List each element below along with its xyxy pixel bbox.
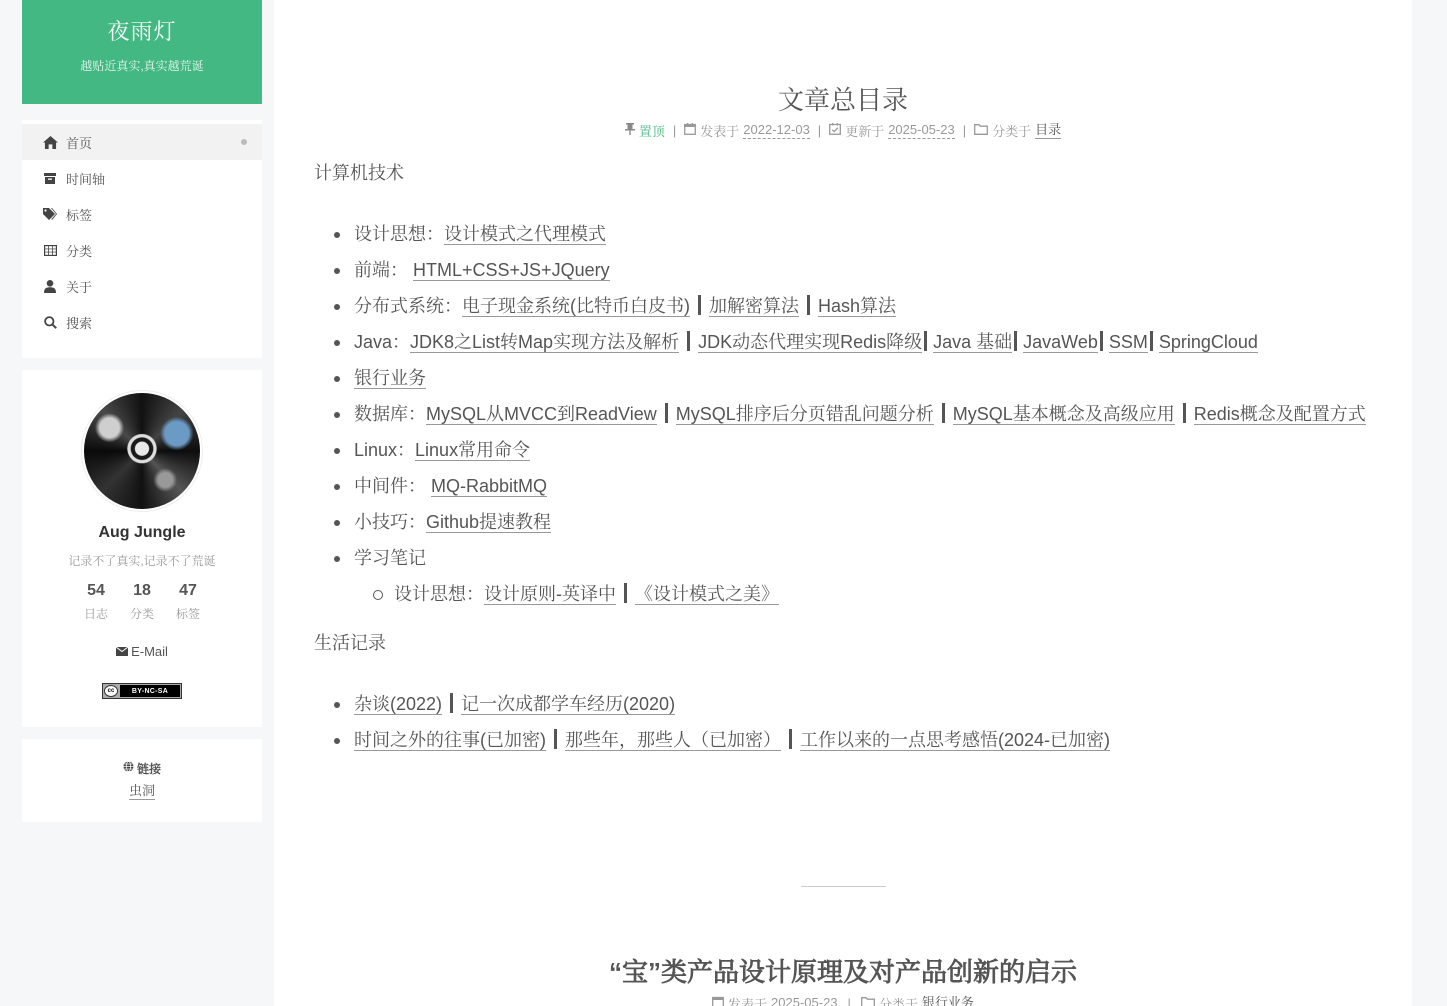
- search-icon: [42, 314, 58, 330]
- item-prefix: 数据库：: [354, 404, 426, 424]
- links-block: 链接 虫洞: [22, 739, 262, 822]
- calendar-check-icon: [829, 123, 841, 138]
- menu-item-label: 关于: [66, 277, 92, 296]
- menu-item-about[interactable]: 关于: [22, 268, 262, 304]
- site-stats: 54 日志 18 分类 47 标签: [22, 581, 262, 622]
- posted-label: 发表于: [700, 121, 739, 140]
- stat-categories[interactable]: 18 分类: [119, 581, 165, 622]
- author-profile: Aug Jungle 记录不了真实,记录不了荒诞 54 日志 18 分类 47 …: [22, 370, 262, 727]
- updated-on: 更新于 2025-05-23: [829, 121, 955, 140]
- post-link[interactable]: Redis概念及配置方式: [1194, 404, 1366, 425]
- item-prefix: 前端：: [354, 260, 413, 280]
- link-separator: [807, 295, 810, 315]
- menu-item-label: 搜索: [66, 313, 92, 332]
- link-separator: [687, 331, 690, 351]
- post-title[interactable]: 文章总目录: [274, 80, 1412, 117]
- category-link[interactable]: 银行业务: [922, 995, 974, 1006]
- item-prefix: 学习笔记: [354, 548, 426, 568]
- meta-separator: |: [818, 123, 821, 138]
- envelope-icon: [116, 644, 128, 659]
- list-item: 学习笔记 设计思想：设计原则-英译中《设计模式之美》: [314, 540, 1379, 612]
- post-category: 分类于 目录: [974, 121, 1061, 140]
- link-wormhole[interactable]: 虫洞: [129, 783, 155, 800]
- cc-license-badge[interactable]: cc BY-NC-SA: [102, 683, 182, 699]
- category-label: 分类于: [879, 994, 918, 1006]
- menu-item-label: 时间轴: [66, 169, 105, 188]
- menu-item-label: 首页: [66, 133, 92, 152]
- post-link[interactable]: 那些年，那些人（已加密）: [565, 730, 781, 751]
- list-item: 小技巧：Github提速教程: [314, 504, 1379, 540]
- link-separator: [1100, 331, 1103, 351]
- link-separator: [450, 693, 453, 713]
- category-label: 分类于: [992, 121, 1031, 140]
- post-link[interactable]: SpringCloud: [1159, 332, 1258, 353]
- menu-item-tags[interactable]: 标签: [22, 196, 262, 232]
- posted-on: 发表于 2022-12-03: [684, 121, 810, 140]
- item-prefix: 小技巧：: [354, 512, 426, 532]
- list-item: 前端： HTML+CSS+JS+JQuery: [314, 252, 1379, 288]
- site-title[interactable]: 夜雨灯: [22, 18, 262, 46]
- link-separator: [789, 729, 792, 749]
- email-label: E-Mail: [131, 644, 168, 659]
- site-brand: 夜雨灯 越贴近真实,真实越荒诞: [22, 0, 262, 104]
- list-item: 杂谈(2022)记一次成都学车经历(2020): [314, 686, 1379, 722]
- post-link[interactable]: 电子现金系统(比特币白皮书): [462, 296, 690, 317]
- list-item: 中间件： MQ-RabbitMQ: [314, 468, 1379, 504]
- post-link[interactable]: 设计原则-英译中: [484, 584, 616, 605]
- post-meta: 置顶 | 发表于 2022-12-03 | 更新于 2025-05-23 | 分…: [274, 121, 1412, 140]
- cc-icon: cc: [104, 685, 118, 697]
- post-link[interactable]: 杂谈(2022): [354, 694, 442, 715]
- link-separator: [924, 331, 927, 351]
- tech-list: 设计思想：设计模式之代理模式 前端： HTML+CSS+JS+JQuery 分布…: [314, 216, 1379, 612]
- email-link[interactable]: E-Mail: [116, 644, 168, 659]
- link-separator: [554, 729, 557, 749]
- posted-date[interactable]: 2025-05-23: [771, 995, 838, 1006]
- list-item: Linux：Linux常用命令: [314, 432, 1379, 468]
- list-item: 分布式系统：电子现金系统(比特币白皮书)加解密算法Hash算法: [314, 288, 1379, 324]
- meta-separator: |: [673, 123, 676, 138]
- posted-date[interactable]: 2022-12-03: [743, 122, 810, 139]
- active-indicator-dot: [241, 139, 247, 145]
- post-link[interactable]: 时间之外的往事(已加密): [354, 730, 546, 751]
- post-link[interactable]: 《设计模式之美》: [635, 584, 779, 605]
- stat-label: 标签: [165, 605, 211, 622]
- category-link[interactable]: 目录: [1035, 122, 1061, 139]
- list-item: 设计思想：设计模式之代理模式: [314, 216, 1379, 252]
- next-post-title[interactable]: “宝”类产品设计原理及对产品创新的启示: [274, 952, 1412, 989]
- right-gutter: [1412, 0, 1447, 1006]
- updated-label: 更新于: [845, 121, 884, 140]
- pinned-indicator: 置顶: [625, 121, 665, 140]
- post-link[interactable]: HTML+CSS+JS+JQuery: [413, 260, 610, 281]
- post-link[interactable]: 设计模式之代理模式: [444, 224, 606, 245]
- study-notes-sublist: 设计思想：设计原则-英译中《设计模式之美》: [354, 576, 1379, 612]
- link-separator: [665, 403, 668, 423]
- post-link[interactable]: JavaWeb: [1023, 332, 1098, 353]
- calendar-icon: [712, 996, 724, 1006]
- post-link[interactable]: Hash算法: [818, 296, 896, 317]
- item-prefix: Java：: [354, 332, 410, 352]
- post-link[interactable]: 银行业务: [354, 368, 426, 389]
- post-link[interactable]: Java 基础: [933, 332, 1012, 353]
- sub-list-item: 设计思想：设计原则-英译中《设计模式之美》: [354, 576, 1379, 612]
- post-link[interactable]: JDK8之List转Map实现方法及解析: [410, 332, 679, 353]
- stat-label: 分类: [119, 605, 165, 622]
- link-separator: [1014, 331, 1017, 351]
- pinned-label: 置顶: [639, 121, 665, 140]
- link-separator: [1150, 331, 1153, 351]
- calendar-icon: [684, 123, 696, 138]
- item-prefix: 设计思想：: [354, 224, 444, 244]
- item-prefix: Linux：: [354, 440, 415, 460]
- list-item: 时间之外的往事(已加密)那些年，那些人（已加密）工作以来的一点思考感悟(2024…: [314, 722, 1379, 758]
- post-link[interactable]: 记一次成都学车经历(2020): [461, 694, 675, 715]
- item-prefix: 分布式系统：: [354, 296, 462, 316]
- post-divider: [801, 886, 886, 887]
- site-subtitle: 越贴近真实,真实越荒诞: [22, 58, 262, 74]
- post-link[interactable]: JDK动态代理实现Redis降级: [698, 332, 922, 353]
- item-prefix: 中间件：: [354, 476, 431, 496]
- post-link[interactable]: MQ-RabbitMQ: [431, 476, 547, 497]
- menu-item-home[interactable]: 首页: [22, 124, 262, 160]
- menu-item-search[interactable]: 搜索: [22, 304, 262, 340]
- globe-icon: [123, 761, 134, 775]
- stat-count: 18: [119, 581, 165, 601]
- author-description: 记录不了真实,记录不了荒诞: [22, 552, 262, 569]
- post-link[interactable]: 加解密算法: [709, 296, 799, 317]
- th-icon: [42, 242, 58, 258]
- post-link[interactable]: MySQL排序后分页错乱问题分析: [676, 404, 934, 425]
- post-link[interactable]: MySQL从MVCC到ReadView: [426, 404, 657, 425]
- home-icon: [42, 134, 58, 150]
- stat-count: 47: [165, 581, 211, 601]
- item-prefix: 设计思想：: [394, 584, 484, 604]
- meta-separator: |: [848, 996, 851, 1006]
- links-title-label: 链接: [137, 760, 161, 777]
- posted-label: 发表于: [728, 994, 767, 1006]
- user-icon: [42, 278, 58, 294]
- menu-item-label: 分类: [66, 241, 92, 260]
- folder-icon: [861, 996, 875, 1006]
- list-item: 银行业务: [314, 360, 1379, 396]
- stat-posts[interactable]: 54 日志: [73, 581, 119, 622]
- meta-separator: |: [963, 123, 966, 138]
- list-item: 数据库：MySQL从MVCC到ReadViewMySQL排序后分页错乱问题分析M…: [314, 396, 1379, 432]
- tags-icon: [42, 206, 58, 222]
- post-link[interactable]: SSM: [1109, 332, 1148, 353]
- main-menu: 首页 时间轴 标签 分类 关于: [22, 120, 262, 358]
- stat-count: 54: [73, 581, 119, 601]
- section-heading-tech: 计算机技术: [314, 160, 1379, 186]
- updated-date[interactable]: 2025-05-23: [888, 122, 955, 139]
- link-separator: [624, 583, 627, 603]
- post-body: 计算机技术 设计思想：设计模式之代理模式 前端： HTML+CSS+JS+JQu…: [314, 160, 1379, 758]
- folder-icon: [974, 123, 988, 138]
- license-label: BY-NC-SA: [120, 685, 180, 697]
- avatar: [81, 390, 203, 512]
- sidebar: 夜雨灯 越贴近真实,真实越荒诞 首页 时间轴 标签 分类: [22, 0, 262, 822]
- stat-tags[interactable]: 47 标签: [165, 581, 211, 622]
- avatar-image: [84, 393, 200, 509]
- thumbtack-icon: [625, 123, 635, 138]
- archive-icon: [42, 170, 58, 186]
- menu-item-label: 标签: [66, 205, 92, 224]
- section-heading-life: 生活记录: [314, 630, 1379, 656]
- author-name: Aug Jungle: [22, 524, 262, 542]
- stat-label: 日志: [73, 605, 119, 622]
- link-separator: [1183, 403, 1186, 423]
- list-item: Java：JDK8之List转Map实现方法及解析JDK动态代理实现Redis降…: [314, 324, 1379, 360]
- menu-item-categories[interactable]: 分类: [22, 232, 262, 268]
- life-list: 杂谈(2022)记一次成都学车经历(2020) 时间之外的往事(已加密)那些年，…: [314, 686, 1379, 758]
- post-link[interactable]: Github提速教程: [426, 512, 551, 533]
- next-post-meta: 发表于 2025-05-23 | 分类于 银行业务: [274, 994, 1412, 1006]
- link-separator: [698, 295, 701, 315]
- link-separator: [942, 403, 945, 423]
- post-link[interactable]: 工作以来的一点思考感悟(2024-已加密): [800, 730, 1110, 751]
- post-link[interactable]: MySQL基本概念及高级应用: [953, 404, 1175, 425]
- post-link[interactable]: Linux常用命令: [415, 440, 530, 461]
- menu-item-timeline[interactable]: 时间轴: [22, 160, 262, 196]
- links-title: 链接: [123, 760, 161, 777]
- main-content: 文章总目录 置顶 | 发表于 2022-12-03 | 更新于 2025-05-…: [274, 0, 1412, 1006]
